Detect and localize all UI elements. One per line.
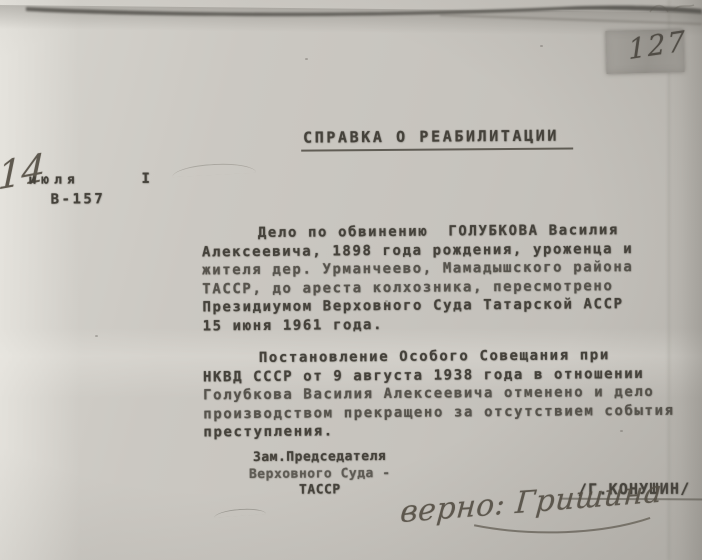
signature-position-line: Зам.Председателя: [244, 449, 396, 467]
reference-number: В-157: [51, 191, 106, 207]
paragraph-line: производством прекращено за отсутствием …: [203, 401, 673, 423]
paragraph-line: преступления.: [203, 420, 673, 442]
typed-year-mark: I: [141, 171, 150, 187]
signature-flourish: [472, 516, 657, 541]
paragraph-line: Президиумом Верховного Суда Татарской АС…: [202, 295, 672, 317]
paragraph-resolution: Постановление Особого Совещания при НКВД…: [203, 346, 674, 442]
typed-month: июля: [28, 172, 79, 187]
scanned-document-page: 127 СПРАВКА О РЕАБИЛИТАЦИИ 14 июля I В-1…: [0, 0, 702, 560]
document-content: СПРАВКА О РЕАБИЛИТАЦИИ 14 июля I В-157 Д…: [0, 0, 702, 560]
signature-position-block: Зам.Председателя Верховного Суда - ТАССР: [244, 449, 396, 500]
paragraph-case-review: Дело по обвинению ГОЛУБКОВА Василия Алек…: [202, 221, 673, 336]
paragraph-line: 15 июня 1961 года.: [202, 313, 672, 335]
signature-position-line: ТАССР: [244, 482, 396, 500]
paragraph-line: ТАССР, до ареста колхозника, пересмотрен…: [202, 276, 672, 298]
signature-position-line: Верховного Суда -: [244, 465, 396, 483]
document-title: СПРАВКА О РЕАБИЛИТАЦИИ: [301, 127, 573, 152]
